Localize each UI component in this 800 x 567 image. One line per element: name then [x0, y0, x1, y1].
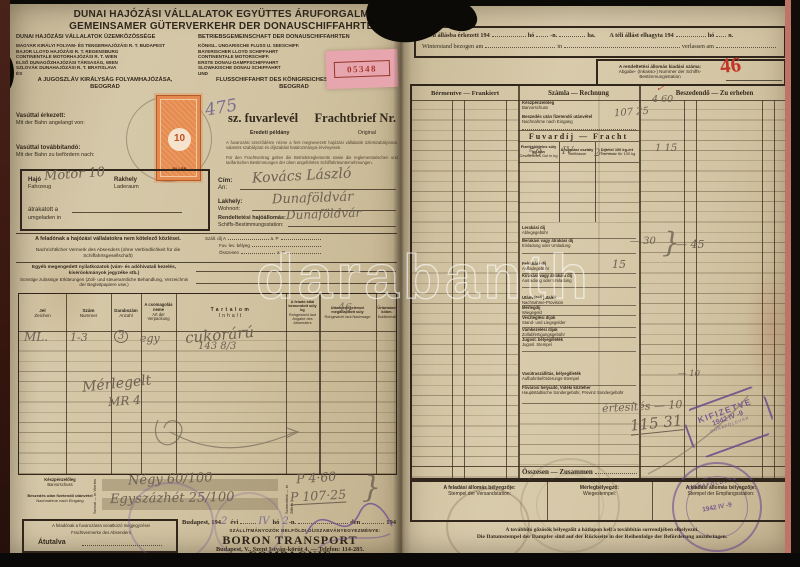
winter-l1c: -n. — [550, 32, 557, 39]
serial-number: 05348 — [334, 60, 391, 78]
frankiert-header: Bérmentve — Frankiert — [412, 86, 518, 100]
residence-label-de: Wohnort: — [218, 206, 240, 212]
goods-col-header: A csomagolás nemeArt der Verpackung — [141, 294, 176, 331]
charge-row: Jugosl. bélyegilletékJugosl. Stempel — [522, 338, 636, 352]
hw-fracht-amount: 1 15 — [655, 143, 677, 154]
waybill-heading: sz. fuvarlevél Frachtbrief Nr. — [228, 111, 396, 126]
masthead-title-hu: DUNAI HAJÓZÁSI VÁLLALATOK EGYÜTTES ÁRUFO… — [55, 9, 395, 20]
origin-stamp-label: A feladási állomás bélyegzője:Stempel de… — [412, 486, 547, 498]
n-label: -n. — [289, 519, 296, 526]
waybill-title: Frachtbrief Nr. — [315, 111, 396, 126]
declarations-hu: Egyéb megengedett nyilatkozatok (vám- és… — [18, 265, 190, 276]
to-label-de: An: — [218, 185, 227, 191]
winter-l1b: hó — [528, 32, 535, 39]
winter-l1f: hó — [708, 32, 715, 39]
hw-cod-amount-1: P 4·60 — [296, 469, 337, 487]
cod-de: Nachnahme nach Eingang — [36, 498, 83, 503]
hw-advance-value: 4 60 — [652, 94, 673, 105]
winter-l1g: n. — [728, 32, 733, 39]
hw-charge-sum: — 45 — [676, 238, 705, 251]
hold-label-hu: Rakhely — [114, 177, 137, 183]
transship-label-hu: átrakatott a — [28, 207, 58, 213]
fracht-sub-underline — [518, 162, 639, 163]
ship-label-hu: Hajó — [28, 177, 41, 183]
vessel-box: Hajó Fahrzeug Rakhely Laderaum átrakatot… — [20, 169, 210, 231]
scan-edge-bottom — [0, 553, 800, 567]
hw-charge-a: — 30 — [630, 236, 656, 247]
residence-label-hu: Lakhely: — [218, 199, 242, 205]
masthead-org-de: BETRIEBSGEMEINSCHAFT DER DONAUSCHIFFAHRT… — [198, 34, 388, 40]
fee3-label: Összesen — [219, 250, 239, 255]
fee2-label: Fuv. lev. bélyeg — [219, 243, 250, 248]
copy-label-hu: Eredeti példány — [250, 130, 289, 136]
hw-lot: 143 8/3 — [198, 341, 236, 352]
section-divider — [16, 233, 397, 234]
copy-label-de: Original — [358, 130, 376, 136]
hold-label-de: Laderaum — [114, 184, 139, 190]
declarations-de: Sonstige zulässige Erklärungen (Zoll- un… — [18, 277, 190, 288]
winter-l2c: verlassen am — [682, 43, 714, 50]
waybill-copy-row: Eredeti példány Original — [228, 130, 396, 136]
row-de: Hauptstädtische Sondergebühr, Provinz So… — [522, 390, 624, 395]
terms-hu: A fuvarozási szerződésre nézve a fent me… — [226, 141, 398, 151]
to-label-hu: Cím: — [218, 177, 232, 184]
winter-l1d: ha. — [587, 32, 595, 39]
transship-label-de: umgeladen in — [28, 215, 61, 221]
dispatch-line — [726, 79, 782, 81]
weigh-stamp-label: Mérlegbélyegző:Wiegestempel: — [547, 486, 652, 498]
sender-note-de: Nachrichtlicher Vermerk des Absenders (o… — [18, 248, 198, 259]
masthead-title-de: GEMEINSAMER GÜTERVERKEHR DER DONAUSCHIFF… — [55, 21, 395, 32]
row-de: Zollabfertigungsgebühr — [522, 332, 565, 337]
signature-flourish — [298, 490, 398, 554]
footer-note-hu: A továbbító gőzösök bélyegzőit a hátlapo… — [432, 527, 772, 533]
winter-l2a: Winterstand bezogen am — [422, 43, 483, 50]
fee1-label: Száll. díj A — [205, 236, 226, 241]
masthead-org-hu: DUNAI HAJÓZÁSI VÁLLALATOK ÜZEMKÖZÖSSÉGE — [16, 34, 194, 40]
masthead-jugo-hu: A JUGOSZLÁV KIRÁLYSÁG FOLYAMHAJÓZÁSA, BE… — [16, 77, 194, 90]
weigh-de: Wiegestempel: — [583, 491, 616, 497]
ledger-center-1 — [518, 162, 639, 226]
scan-edge-right — [791, 0, 800, 567]
revenue-stamp-value: 10 — [168, 128, 191, 151]
advance-de: Barvorschuss — [47, 482, 72, 487]
row-de: Barvorschuss — [522, 105, 548, 110]
scan-edge-left — [0, 0, 10, 567]
destination-label-hu: Rendeltetési hajóállomás: — [218, 215, 286, 221]
winter-row-2: Winterstand bezogen am in verlassen am — [422, 43, 778, 51]
hw-residence: Dunaföldvár — [272, 190, 354, 208]
dispatch-label: A rendeltetési állomás kiadási száma: Ab… — [600, 64, 720, 80]
col-de: Anzahl — [111, 313, 141, 318]
col-de: Nummer — [66, 313, 111, 318]
row-de: Nachnahme nach Eingang — [522, 119, 573, 124]
hw-fracht-weight: 50 — [528, 146, 542, 159]
hw-numbers: 1-3 — [70, 331, 88, 344]
cod-label: Beszedés után fizetendő utánvétel Nachna… — [24, 494, 96, 503]
goods-col-header: SzámNummer — [66, 294, 111, 331]
goods-col-header: DarabszámAnzahl — [111, 294, 141, 331]
round-stamp-faint — [214, 492, 284, 560]
dispatch-number: 46 — [719, 52, 742, 79]
rail-arrived-de: Mit der Bahn angelangt von: — [16, 120, 85, 126]
rail-forward-de: Mit der Bahn zu befördern nach: — [16, 152, 95, 158]
fee-row-1: Száll. díj Aa. P — [205, 236, 323, 241]
serial-label: 05348 — [325, 49, 398, 89]
scanned-freight-bill: DUNAI HAJÓZÁSI VÁLLALATOK EGYÜTTES ÁRUFO… — [0, 0, 800, 567]
hw-weighed-no: MR 4 — [108, 393, 142, 409]
hw-fracht-class: IV — [562, 146, 573, 157]
rail-forward-hu: Vasúttal továbbítandó: — [16, 145, 80, 151]
winter-row-1: A téli állásba érkezett 194 hó -n. ha. A… — [422, 31, 778, 39]
col-de: Rohgewicht laut Nachwage — [319, 315, 376, 319]
winter-l2b: in — [557, 43, 562, 50]
dest-stamp-label: A kiadási állomás bélyegzője:Stempel der… — [652, 486, 790, 498]
fracht-header: Fuvardíj — Fracht — [518, 130, 639, 142]
charge-row: Vasútraszállítás, bélyegilletékAufbahnbe… — [522, 372, 636, 386]
dispatch-de: Abgabe- (Inkasso-) Nummer der Schiffs-Be… — [619, 69, 701, 79]
sender-note-hu: A feladónak a hajózási vállalatokra nem … — [18, 236, 198, 242]
transship-line — [72, 207, 182, 213]
words-rotated-label: Szóval — in Worten — [92, 476, 97, 514]
hw-rail-fee: — 10 — [678, 369, 700, 379]
hw-packing: egy — [140, 332, 160, 345]
winter-l1e: A téli állást elhagyta 194 — [609, 32, 673, 39]
hw-ship: Motor 10 — [44, 165, 106, 184]
hw-station: Dunaföldvár — [286, 206, 362, 223]
row-de: Ablegegebühr — [522, 230, 548, 235]
fee1b-label: a. P — [271, 236, 279, 241]
waybill-no-label: sz. fuvarlevél — [228, 111, 298, 126]
origin-de: Stempel der Versandstation: — [448, 491, 511, 497]
rail-arrived-hu: Vasúttal érkezett: — [16, 113, 65, 119]
rechnung-header: Számla — Rechnung — [518, 86, 639, 100]
dispatch-box: A rendeltetési állomás kiadási száma: Ab… — [596, 59, 786, 86]
masthead-companies-hu: MAGYAR KIRÁLYI FOLYAM- ÉS TENGERHAJÓZÁSI… — [16, 43, 196, 76]
hw-check: ✓ — [655, 83, 664, 94]
hw-charge-b: 15 — [612, 258, 626, 271]
pencil-scrawl — [140, 402, 305, 460]
terms-de: Für den Frachtvertrag gelten die Betrieb… — [226, 156, 398, 166]
row-de: Stand- und Liegegelder — [522, 320, 566, 325]
col-de: Rohgewicht laut Angabe des Absenders — [286, 313, 319, 326]
hw-fracht-rate: 2·— — [594, 148, 614, 159]
ship-label-de: Fahrzeug — [28, 184, 51, 190]
col-de: Art der Verpackung — [141, 313, 176, 323]
col-de: Zeichen — [19, 313, 66, 318]
row-de: Aufbahnbeförderungs-Stempel — [522, 376, 579, 381]
goods-col-header: JelZeichen — [19, 294, 66, 331]
destination-line — [288, 221, 396, 227]
col-de: Inhalt — [176, 313, 286, 319]
footer-note-de: Die Datumstempel der Dampfer sind auf de… — [420, 534, 784, 540]
hw-mark: ML. — [24, 330, 48, 344]
stamp-boxes: A feladási állomás bélyegzője:Stempel de… — [410, 480, 788, 522]
watermark: darabanth — [256, 242, 592, 313]
transferred-label: Átutalva — [38, 539, 66, 546]
dest-de: Stempel der Empfangsstation: — [688, 491, 755, 497]
destination-label-de: Schiffs-Bestimmungsstation: — [218, 222, 283, 228]
advance-label: Készpénzelőleg Barvorschuss — [24, 478, 96, 488]
row-de: Jugosl. Stempel — [522, 342, 552, 347]
